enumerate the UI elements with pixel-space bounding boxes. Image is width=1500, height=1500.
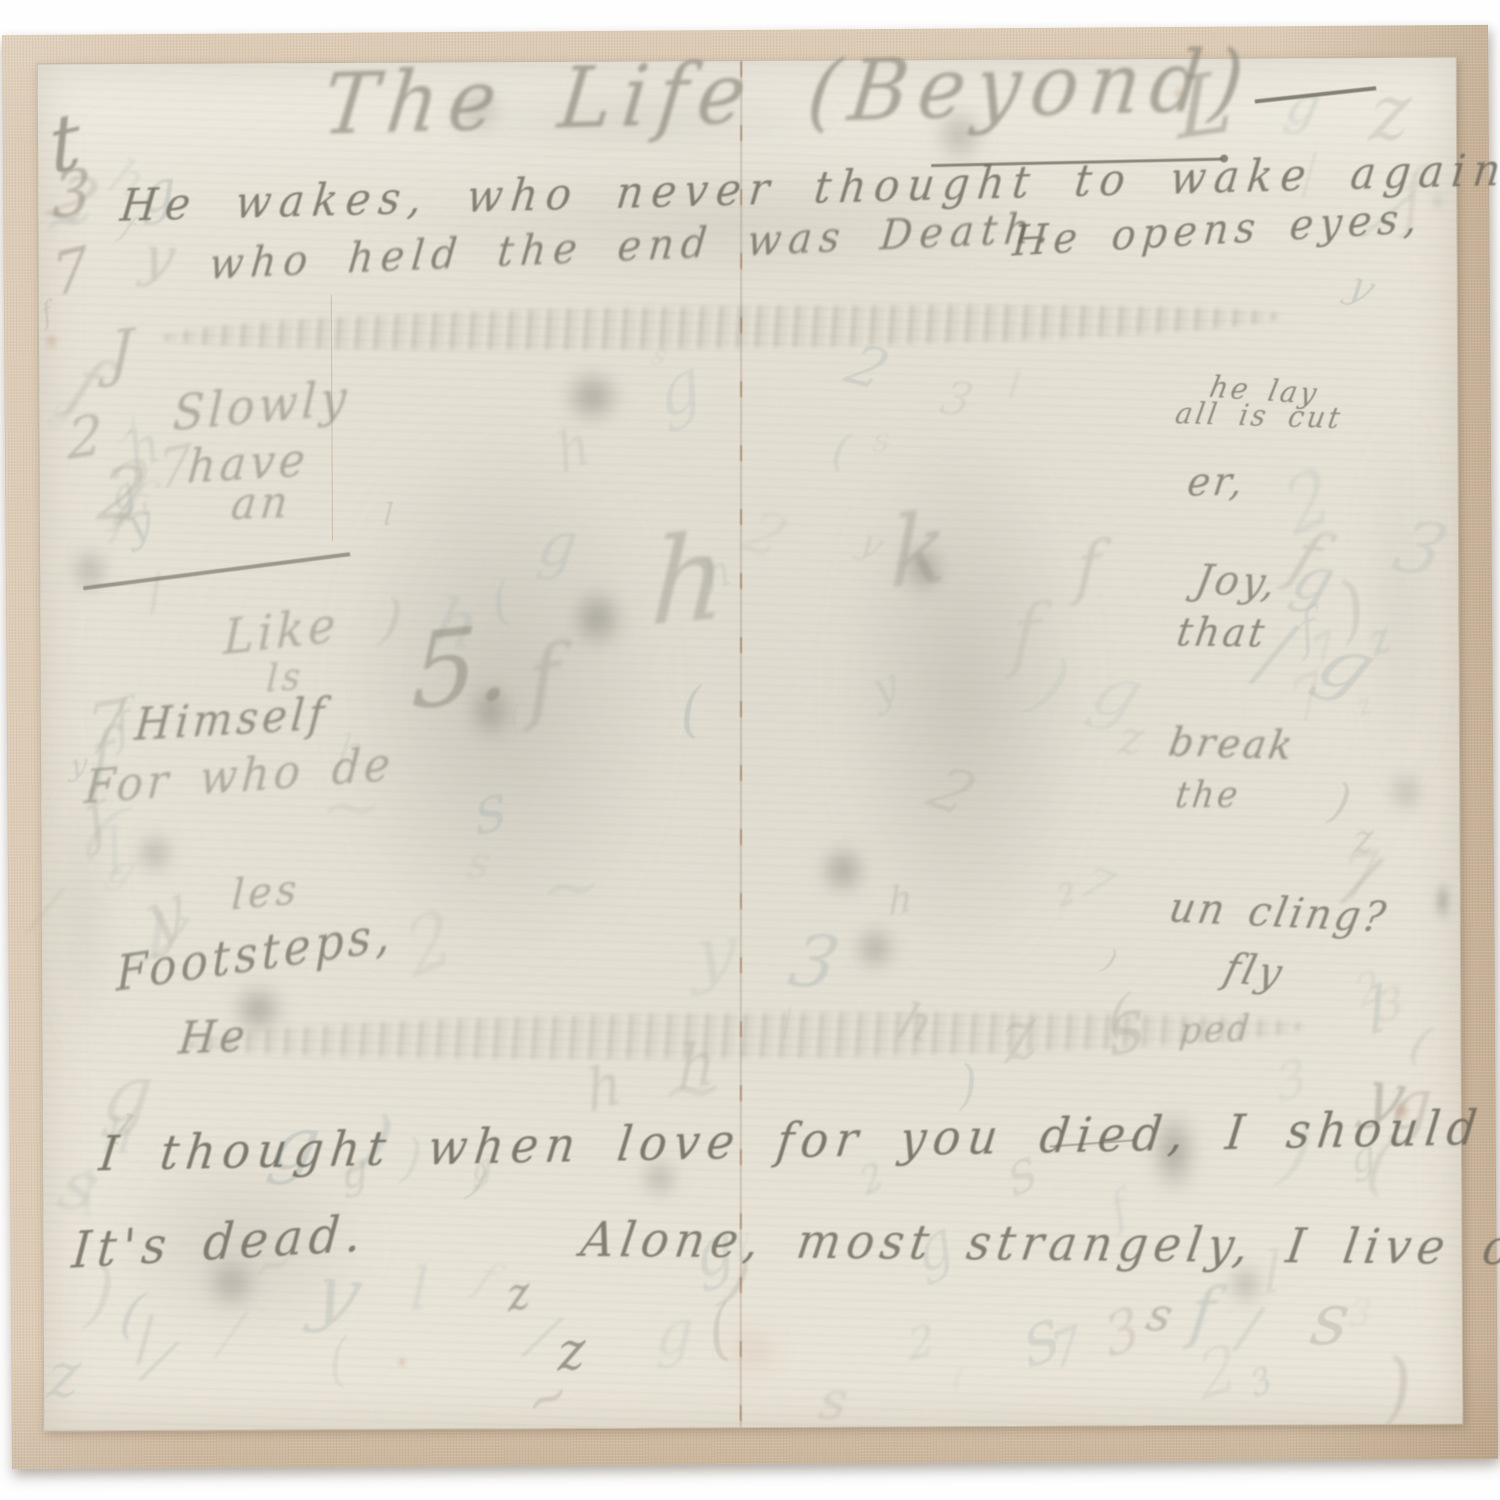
accent-glyph: 7 — [50, 238, 92, 305]
ink-wash-blob — [61, 535, 118, 604]
ink-wash-blob — [783, 305, 1141, 1085]
ink-wash-blob — [807, 832, 878, 907]
ghost-glyph: ( — [116, 1286, 149, 1341]
calligraphy-fragment: Joy, — [1192, 559, 1282, 605]
ghost-glyph: 7 — [157, 438, 191, 499]
ghost-glyph: g — [98, 1056, 157, 1135]
ghost-glyph: ( — [325, 1330, 353, 1393]
ghost-glyph: s — [815, 1375, 851, 1428]
ghost-glyph: z — [1354, 688, 1376, 722]
calligraphy-fragment: he lay — [1207, 373, 1322, 409]
ghost-glyph: f — [90, 721, 115, 791]
ink-dash — [1254, 86, 1376, 103]
ghost-glyph: h — [334, 730, 368, 775]
ghost-glyph: f — [1187, 1280, 1219, 1347]
ghost-glyph: ( — [75, 793, 136, 866]
ghost-glyph: l — [105, 1110, 137, 1153]
ink-wash-blob — [192, 1245, 270, 1321]
ghost-glyph: ) — [1273, 1115, 1319, 1190]
accent-glyph: 5. — [410, 609, 512, 725]
ghost-glyph: / — [1362, 181, 1413, 249]
ghost-glyph: f — [1294, 601, 1322, 658]
ghost-glyph: y — [693, 915, 738, 993]
paper-crease — [331, 295, 333, 541]
ghost-glyph: 7 — [1072, 862, 1120, 911]
ghost-glyph: f — [1074, 532, 1102, 602]
ghost-glyph: g — [1285, 548, 1342, 612]
ink-wash-blob — [335, 67, 931, 172]
ink-wash-blob — [550, 355, 635, 437]
ghost-glyph: 7 — [84, 689, 127, 767]
ghost-glyph: 7 — [1284, 663, 1332, 735]
ink-wash-blob — [1220, 1254, 1270, 1316]
ghost-glyph: s — [872, 422, 892, 458]
ghost-glyph: h — [888, 879, 912, 922]
ghost-glyph: s — [1306, 1284, 1354, 1357]
ghost-glyph: g — [1386, 1069, 1434, 1140]
ghost-glyph: ) — [117, 412, 141, 447]
ghost-glyph: 3 — [1348, 1295, 1372, 1332]
ghost-glyph: ( — [702, 1296, 738, 1367]
ghost-glyph: ) — [957, 1056, 980, 1112]
ghost-glyph: g — [1347, 1133, 1379, 1182]
ghost-glyph: ) — [345, 1105, 403, 1182]
poem-line: who held the end was Death. — [207, 207, 1058, 286]
ghost-glyph: ~ — [521, 1363, 575, 1433]
ghost-glyph: z — [1367, 74, 1414, 155]
ghost-glyph: ~ — [41, 181, 97, 259]
ghost-glyph: 7 — [1047, 1319, 1085, 1379]
ink-wash-blob — [1172, 83, 1186, 102]
calligraphy-fragment: that — [1174, 612, 1270, 653]
accent-glyph: f — [527, 633, 561, 727]
ghost-glyph: ) — [1099, 946, 1121, 975]
ghost-glyph: h — [552, 417, 596, 483]
calligraphy-fragment: an — [230, 480, 294, 527]
ghost-glyph: f — [1281, 523, 1330, 592]
ghost-glyph: h — [583, 1055, 624, 1122]
ghost-glyph: ~ — [657, 1051, 728, 1129]
ghost-glyph: 2 — [906, 1318, 937, 1368]
ghost-glyph: f — [108, 691, 137, 751]
ghost-glyph: y — [138, 229, 180, 283]
ghost-glyph: / — [1235, 1302, 1263, 1355]
ghost-glyph: y — [131, 888, 199, 966]
ghost-glyph: f — [1398, 159, 1428, 235]
ghost-glyph: 3 — [1385, 511, 1456, 589]
accent-glyph: y — [1358, 1062, 1411, 1129]
ghost-glyph: y — [69, 749, 89, 780]
ghost-glyph: 3 — [1247, 1361, 1276, 1403]
poem-line: Alone, most strangely, I live on. — [578, 1215, 1500, 1272]
calligraphy-fragment: un cling? — [1165, 887, 1391, 939]
calligraphy-fragment: ped — [1177, 1011, 1253, 1050]
ghost-glyph: ~ — [313, 769, 389, 844]
ghost-glyph: 7 — [1310, 627, 1339, 670]
photo-backdrop: z)2fy~yfy/gg/yf/fffhs72(/27g()lfhhflyglg… — [0, 0, 1500, 1500]
calligraphy-fragment: ls — [265, 659, 305, 700]
ghost-glyph: g — [45, 388, 83, 428]
accent-glyph: 3 — [52, 160, 91, 228]
ghost-glyph: f — [110, 471, 155, 534]
smeared-text-line — [184, 1007, 1305, 1063]
ghost-glyph: h — [698, 545, 737, 602]
ghost-glyph: g — [908, 1210, 959, 1285]
ghost-glyph: g — [1281, 81, 1325, 133]
ghost-glyph: / — [216, 1305, 247, 1363]
ghost-glyph: h — [123, 417, 167, 482]
ink-wash-blob — [1142, 1090, 1206, 1213]
accent-glyph: 2 — [68, 408, 104, 470]
ghost-glyph: g — [264, 1107, 328, 1182]
ghost-glyph: f — [1105, 1185, 1133, 1235]
calligraphy-fragment: He — [177, 1014, 251, 1061]
ink-dash — [1050, 1139, 1135, 1147]
ghost-glyph: / — [28, 881, 63, 939]
ghost-glyph: s — [1105, 984, 1149, 1069]
ink-wash-blob — [631, 1147, 688, 1209]
ghost-glyph: y — [305, 1255, 368, 1332]
ghost-glyph: ) — [1331, 569, 1372, 647]
ink-wash-blob — [459, 670, 523, 752]
ghost-glyph: ( — [507, 701, 524, 734]
ghost-glyph: / — [1342, 849, 1381, 911]
calligraphy-fragment: For who de — [83, 742, 395, 812]
ghost-glyph: 2 — [398, 897, 459, 990]
ghost-glyph: l — [382, 500, 394, 531]
ghost-glyph: h — [677, 1033, 717, 1100]
ink-wash-blob — [710, 1311, 795, 1393]
ink-wash-blob — [396, 1355, 409, 1370]
ghost-glyph: 2 — [94, 457, 150, 531]
ghost-glyph: / — [523, 1309, 562, 1365]
ghost-glyph: y — [1341, 267, 1382, 309]
ghost-glyph: 2 — [104, 447, 161, 539]
ghost-glyph: h — [892, 998, 940, 1050]
accent-glyph: s — [1143, 1291, 1178, 1338]
ghost-glyph: ( — [1405, 1023, 1436, 1068]
ghost-glyph: / — [133, 1312, 157, 1369]
manuscript-paper: z)2fy~yfy/gg/yf/fffhs72(/27g()lfhhflyglg… — [37, 57, 1464, 1432]
ghost-glyph: / — [1298, 149, 1320, 201]
ghost-glyph: ) — [378, 592, 406, 647]
ghost-glyph: 2 — [734, 503, 797, 567]
ghost-glyph: ) — [1021, 649, 1080, 722]
ghost-glyph: / — [1008, 368, 1021, 400]
ghost-glyph: y — [867, 660, 902, 714]
ghost-glyph: h — [427, 591, 486, 660]
ghost-glyph: 3 — [1375, 980, 1405, 1030]
ghost-glyph: g — [651, 346, 707, 431]
ghost-glyph: z — [1353, 819, 1375, 861]
ghost-glyph: ( — [678, 680, 703, 743]
ghost-glyph: ~ — [538, 850, 606, 926]
ghost-glyph: ( — [951, 1363, 966, 1395]
ghost-glyph: g — [687, 1210, 740, 1291]
ink-wash-blob — [41, 706, 128, 1116]
ghost-glyph: y — [123, 497, 157, 551]
ghost-glyph: 2 — [1194, 1335, 1242, 1412]
ink-wash-blob — [843, 914, 907, 983]
ghost-glyph: l — [77, 1163, 100, 1228]
ghost-glyph: f — [60, 351, 112, 421]
ghost-glyph: l — [1264, 1243, 1282, 1304]
ghost-glyph: g — [470, 1148, 494, 1188]
ghost-glyph: h — [100, 1113, 137, 1162]
ghost-script-layer: z)2fy~yfy/gg/yf/fffhs72(/27g()lfhhflyglg… — [38, 58, 1463, 1431]
ghost-glyph: ( — [1362, 1134, 1397, 1200]
poem-line: I thought when love for you died, I shou… — [97, 1101, 1500, 1178]
accent-glyph: L — [1178, 59, 1234, 152]
ghost-glyph: g — [106, 471, 140, 520]
ghost-glyph: h — [101, 152, 155, 206]
ink-wash-blob — [43, 331, 60, 353]
ghost-glyph: ~ — [250, 1233, 298, 1297]
ghost-glyph: 2 — [1277, 456, 1340, 550]
ghost-glyph: z — [999, 997, 1042, 1077]
ghost-glyph: z — [1363, 614, 1396, 665]
ink-wash-blob — [558, 574, 636, 663]
ghost-glyph: s — [649, 342, 672, 370]
ghost-glyph: 2 — [838, 338, 897, 399]
ghost-glyph: y — [139, 872, 191, 956]
ghost-glyph: g — [1082, 654, 1154, 731]
ghost-glyph: / — [140, 1333, 178, 1388]
calligraphy-fragment: break — [1166, 721, 1298, 764]
ghost-glyph: s — [470, 772, 510, 847]
calligraphy-fragment: les — [231, 869, 302, 918]
poem-line: It's dead. — [70, 1209, 369, 1277]
ghost-glyph: / — [143, 570, 167, 616]
ghost-glyph: f — [116, 213, 140, 244]
poem-line: He opens eyes, — [1011, 197, 1425, 263]
ghost-glyph: f — [469, 1257, 502, 1300]
ink-wash-blob — [222, 134, 1215, 316]
ghost-glyph: f — [39, 299, 55, 330]
ink-wash-blob — [1431, 187, 1445, 214]
ghost-glyph: f — [76, 778, 117, 853]
ghost-glyph: 2 — [919, 759, 985, 825]
ink-wash-blob — [1390, 1096, 1413, 1126]
ghost-glyph: ( — [1106, 988, 1131, 1041]
ink-wash-blob — [891, 531, 955, 606]
ghost-glyph: ) — [1381, 1344, 1415, 1428]
ghost-glyph: ) — [464, 1160, 493, 1202]
ghost-glyph: 2 — [856, 1156, 888, 1202]
ghost-glyph: 2 — [1351, 963, 1386, 1015]
ink-wash-layer — [38, 58, 1463, 1431]
calligraphy-fragment: Himself — [134, 692, 331, 747]
ghost-glyph: z — [1116, 715, 1147, 761]
calligraphy-fragment: Footsteps, — [116, 909, 394, 998]
ghost-glyph: 2 — [1054, 877, 1077, 912]
ghost-glyph: l — [100, 817, 132, 887]
accent-glyph: k — [889, 498, 948, 602]
ink-wash-blob — [1344, 331, 1460, 878]
ghost-glyph: s — [51, 1151, 108, 1223]
ghost-glyph: / — [1252, 616, 1297, 692]
ghost-glyph: g — [102, 849, 142, 892]
ghost-glyph: 3 — [1272, 1052, 1309, 1112]
calligraphy-text-layer: The Life (Beyond)He wakes, who never tho… — [38, 58, 1463, 1431]
calligraphy-fragment: fly — [1220, 948, 1289, 995]
ink-wash-blob — [1381, 761, 1431, 823]
ghost-glyph: g — [338, 1146, 371, 1198]
ghost-glyph: 7 — [1341, 842, 1381, 910]
ghost-glyph: f — [109, 515, 126, 544]
ink-wash-blob — [1431, 870, 1454, 932]
ghost-glyph: 2 — [41, 165, 108, 234]
center-fold-seam — [740, 61, 742, 1427]
ink-wash-blob — [219, 972, 297, 1048]
ghost-glyph: ) — [716, 1250, 757, 1311]
accent-glyph: J — [108, 321, 134, 384]
ink-dash — [83, 552, 351, 590]
ghost-glyph: y — [853, 525, 889, 563]
linen-canvas-backing: z)2fy~yfy/gg/yf/fffhs72(/27g()lfhhflyglg… — [2, 25, 1498, 1469]
ink-wash-blob — [126, 822, 183, 884]
ink-wash-blob — [50, 1101, 434, 1390]
calligraphy-fragment: all is cut — [1173, 399, 1345, 433]
accent-glyph: t — [46, 101, 83, 186]
ghost-glyph: 3 — [783, 925, 846, 999]
ghost-glyph: ) — [1326, 778, 1356, 826]
ghost-glyph: g — [1306, 623, 1389, 705]
ink-wash-blob — [266, 307, 738, 1088]
ghost-glyph: ( — [486, 574, 516, 630]
ghost-glyph: ) — [83, 1257, 118, 1330]
ghost-glyph: s — [464, 842, 493, 887]
ghost-glyph: z — [45, 1343, 84, 1408]
calligraphy-fragment: Like — [223, 600, 340, 661]
ghost-glyph: ( — [830, 430, 852, 472]
accent-glyph: z — [506, 1270, 532, 1319]
accent-glyph: z — [557, 1324, 586, 1379]
ink-dash — [931, 157, 1222, 166]
artwork-title: The Life (Beyond) — [319, 39, 1258, 147]
ghost-glyph: s — [999, 1136, 1043, 1206]
ghost-glyph: ) — [397, 1133, 425, 1187]
ghost-glyph: 3 — [1100, 1298, 1145, 1368]
calligraphy-fragment: the — [1174, 777, 1244, 813]
smeared-text-line — [159, 298, 1280, 356]
ghost-glyph: g — [655, 1301, 695, 1367]
calligraphy-fragment: have — [186, 438, 311, 491]
poem-line: He wakes, who never thought to wake agai… — [118, 148, 1500, 229]
ghost-glyph: 3 — [936, 375, 979, 423]
ghost-glyph: l — [409, 1259, 430, 1320]
ink-wash-blob — [924, 94, 995, 176]
accent-glyph: h — [648, 516, 729, 642]
ghost-glyph: g — [140, 161, 177, 225]
ghost-glyph: f — [1009, 594, 1042, 676]
dash-end-dot — [1220, 154, 1228, 162]
ghost-glyph: l — [1366, 978, 1390, 1046]
calligraphy-fragment: er, — [1186, 462, 1249, 502]
ink-wash-blob — [442, 76, 513, 145]
ghost-glyph: / — [778, 1004, 796, 1041]
ghost-glyph: g — [534, 515, 582, 577]
ghost-glyph: s — [1015, 1294, 1067, 1381]
calligraphy-fragment: Slowly — [172, 373, 352, 438]
